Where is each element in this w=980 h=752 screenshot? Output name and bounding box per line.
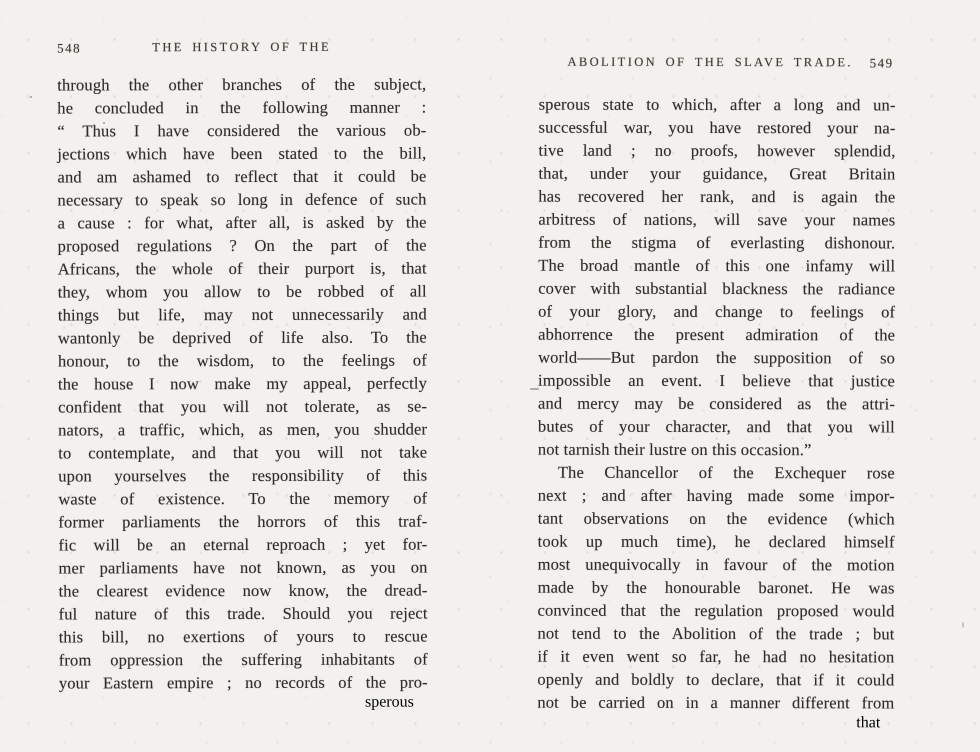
scan-mark: [530, 388, 539, 390]
right-page: ABOLITION OF THE SLAVE TRADE. 549 sperou…: [537, 55, 895, 733]
text-line: world——But pardon the supposition of so: [538, 346, 895, 370]
text-line: successful war, you have restored your n…: [539, 116, 896, 140]
text-line: upon yourselves the responsibility of th…: [58, 464, 427, 488]
text-line: not be carried on in a manner different …: [537, 691, 894, 715]
text-line: and am ashamed to reflect that it could …: [57, 165, 426, 189]
text-line: if it even went so far, he had no hesita…: [537, 645, 894, 669]
text-line: fic will be an eternal reproach ; yet fo…: [58, 533, 427, 557]
text-line: most unequivocally in favour of the moti…: [538, 553, 895, 577]
text-line: took up much time), he declared himself: [538, 530, 895, 554]
right-running-title: ABOLITION OF THE SLAVE TRADE.: [539, 55, 896, 71]
text-line: proposed regulations ? On the part of th…: [58, 234, 427, 258]
text-line: this bill, no exertions of yours to resc…: [59, 625, 428, 649]
text-line: next ; and after having made some impor-: [538, 484, 895, 508]
right-catchword: that: [537, 714, 894, 733]
text-line: “ Thus I have considered the various ob-: [57, 119, 426, 143]
text-line: through the other branches of the subjec…: [57, 73, 426, 97]
right-page-number: 549: [870, 55, 894, 71]
text-line: and mercy may be considered as the attri…: [538, 392, 895, 416]
text-line: wantonly be deprived of life also. To th…: [58, 326, 427, 350]
text-line: impossible an event. I believe that just…: [538, 369, 895, 393]
text-line: made by the honourable baronet. He was: [538, 576, 895, 600]
text-line: honour, to the wisdom, to the feelings o…: [58, 349, 427, 373]
text-line: former parliaments the horrors of this t…: [58, 510, 427, 534]
text-line: butes of your character, and that you wi…: [538, 415, 895, 439]
text-line: things but life, may not unnecessarily a…: [58, 303, 427, 327]
text-line: nators, a traffic, which, as men, you sh…: [58, 418, 427, 442]
left-catchword: sperous: [59, 694, 428, 713]
text-line: the house I now make my appeal, perfectl…: [58, 372, 427, 396]
book-scan: { "colors": { "paper": "#f2f1ed", "ink":…: [0, 0, 980, 752]
text-line: not tarnish their lustre on this occasio…: [538, 438, 895, 462]
text-line: tive land ; no proofs, however splendid,: [538, 139, 895, 163]
text-line: The Chancellor of the Exchequer rose: [538, 461, 895, 485]
text-line: from the stigma of everlasting dishonour…: [538, 231, 895, 255]
text-line: The broad mantle of this one infamy will: [538, 254, 895, 278]
left-page-text: through the other branches of the subjec…: [57, 73, 428, 695]
text-line: arbitress of nations, will save your nam…: [538, 208, 895, 232]
scan-mark: [962, 622, 964, 628]
right-page-text: sperous state to which, after a long and…: [537, 93, 895, 715]
scan-speck: [103, 122, 105, 124]
text-line: the clearest evidence now know, the drea…: [59, 579, 428, 603]
text-line: jections which have been stated to the b…: [57, 142, 426, 166]
text-line: mer parliaments have not known, as you o…: [58, 556, 427, 580]
scan-speck: [30, 96, 32, 98]
text-line: abhorrence the present admiration of the: [538, 323, 895, 347]
text-line: necessary to speak so long in defence of…: [58, 188, 427, 212]
text-line: he concluded in the following manner :: [57, 96, 426, 120]
text-line: convinced that the regulation proposed w…: [538, 599, 895, 623]
text-line: waste of existence. To the memory of: [58, 487, 427, 511]
text-line: tant observations on the evidence (which: [538, 507, 895, 531]
text-line: ful nature of this trade. Should you rej…: [59, 602, 428, 626]
text-line: from oppression the suffering inhabitant…: [59, 648, 428, 672]
text-line: cover with substantial blackness the rad…: [538, 277, 895, 301]
text-line: Africans, the whole of their purport is,…: [58, 257, 427, 281]
left-running-title: THE HISTORY OF THE: [57, 40, 426, 56]
text-line: a cause : for what, after all, is asked …: [58, 211, 427, 235]
text-line: confident that you will not tolerate, as…: [58, 395, 427, 419]
text-line: that, under your guidance, Great Britain: [538, 162, 895, 186]
right-running-head: ABOLITION OF THE SLAVE TRADE. 549: [539, 55, 896, 72]
text-line: your Eastern empire ; no records of the …: [59, 671, 428, 695]
text-line: to contemplate, and that you will not ta…: [58, 441, 427, 465]
text-line: openly and boldly to declare, that if it…: [537, 668, 894, 692]
text-line: has recovered her rank, and is again the: [538, 185, 895, 209]
text-line: not tend to the Abolition of the trade ;…: [537, 622, 894, 646]
text-line: of your glory, and change to feelings of: [538, 300, 895, 324]
left-running-head: 548 THE HISTORY OF THE: [57, 40, 426, 57]
text-line: they, whom you allow to be robbed of all: [58, 280, 427, 304]
left-page: 548 THE HISTORY OF THE through the other…: [57, 40, 428, 713]
text-line: sperous state to which, after a long and…: [539, 93, 896, 117]
